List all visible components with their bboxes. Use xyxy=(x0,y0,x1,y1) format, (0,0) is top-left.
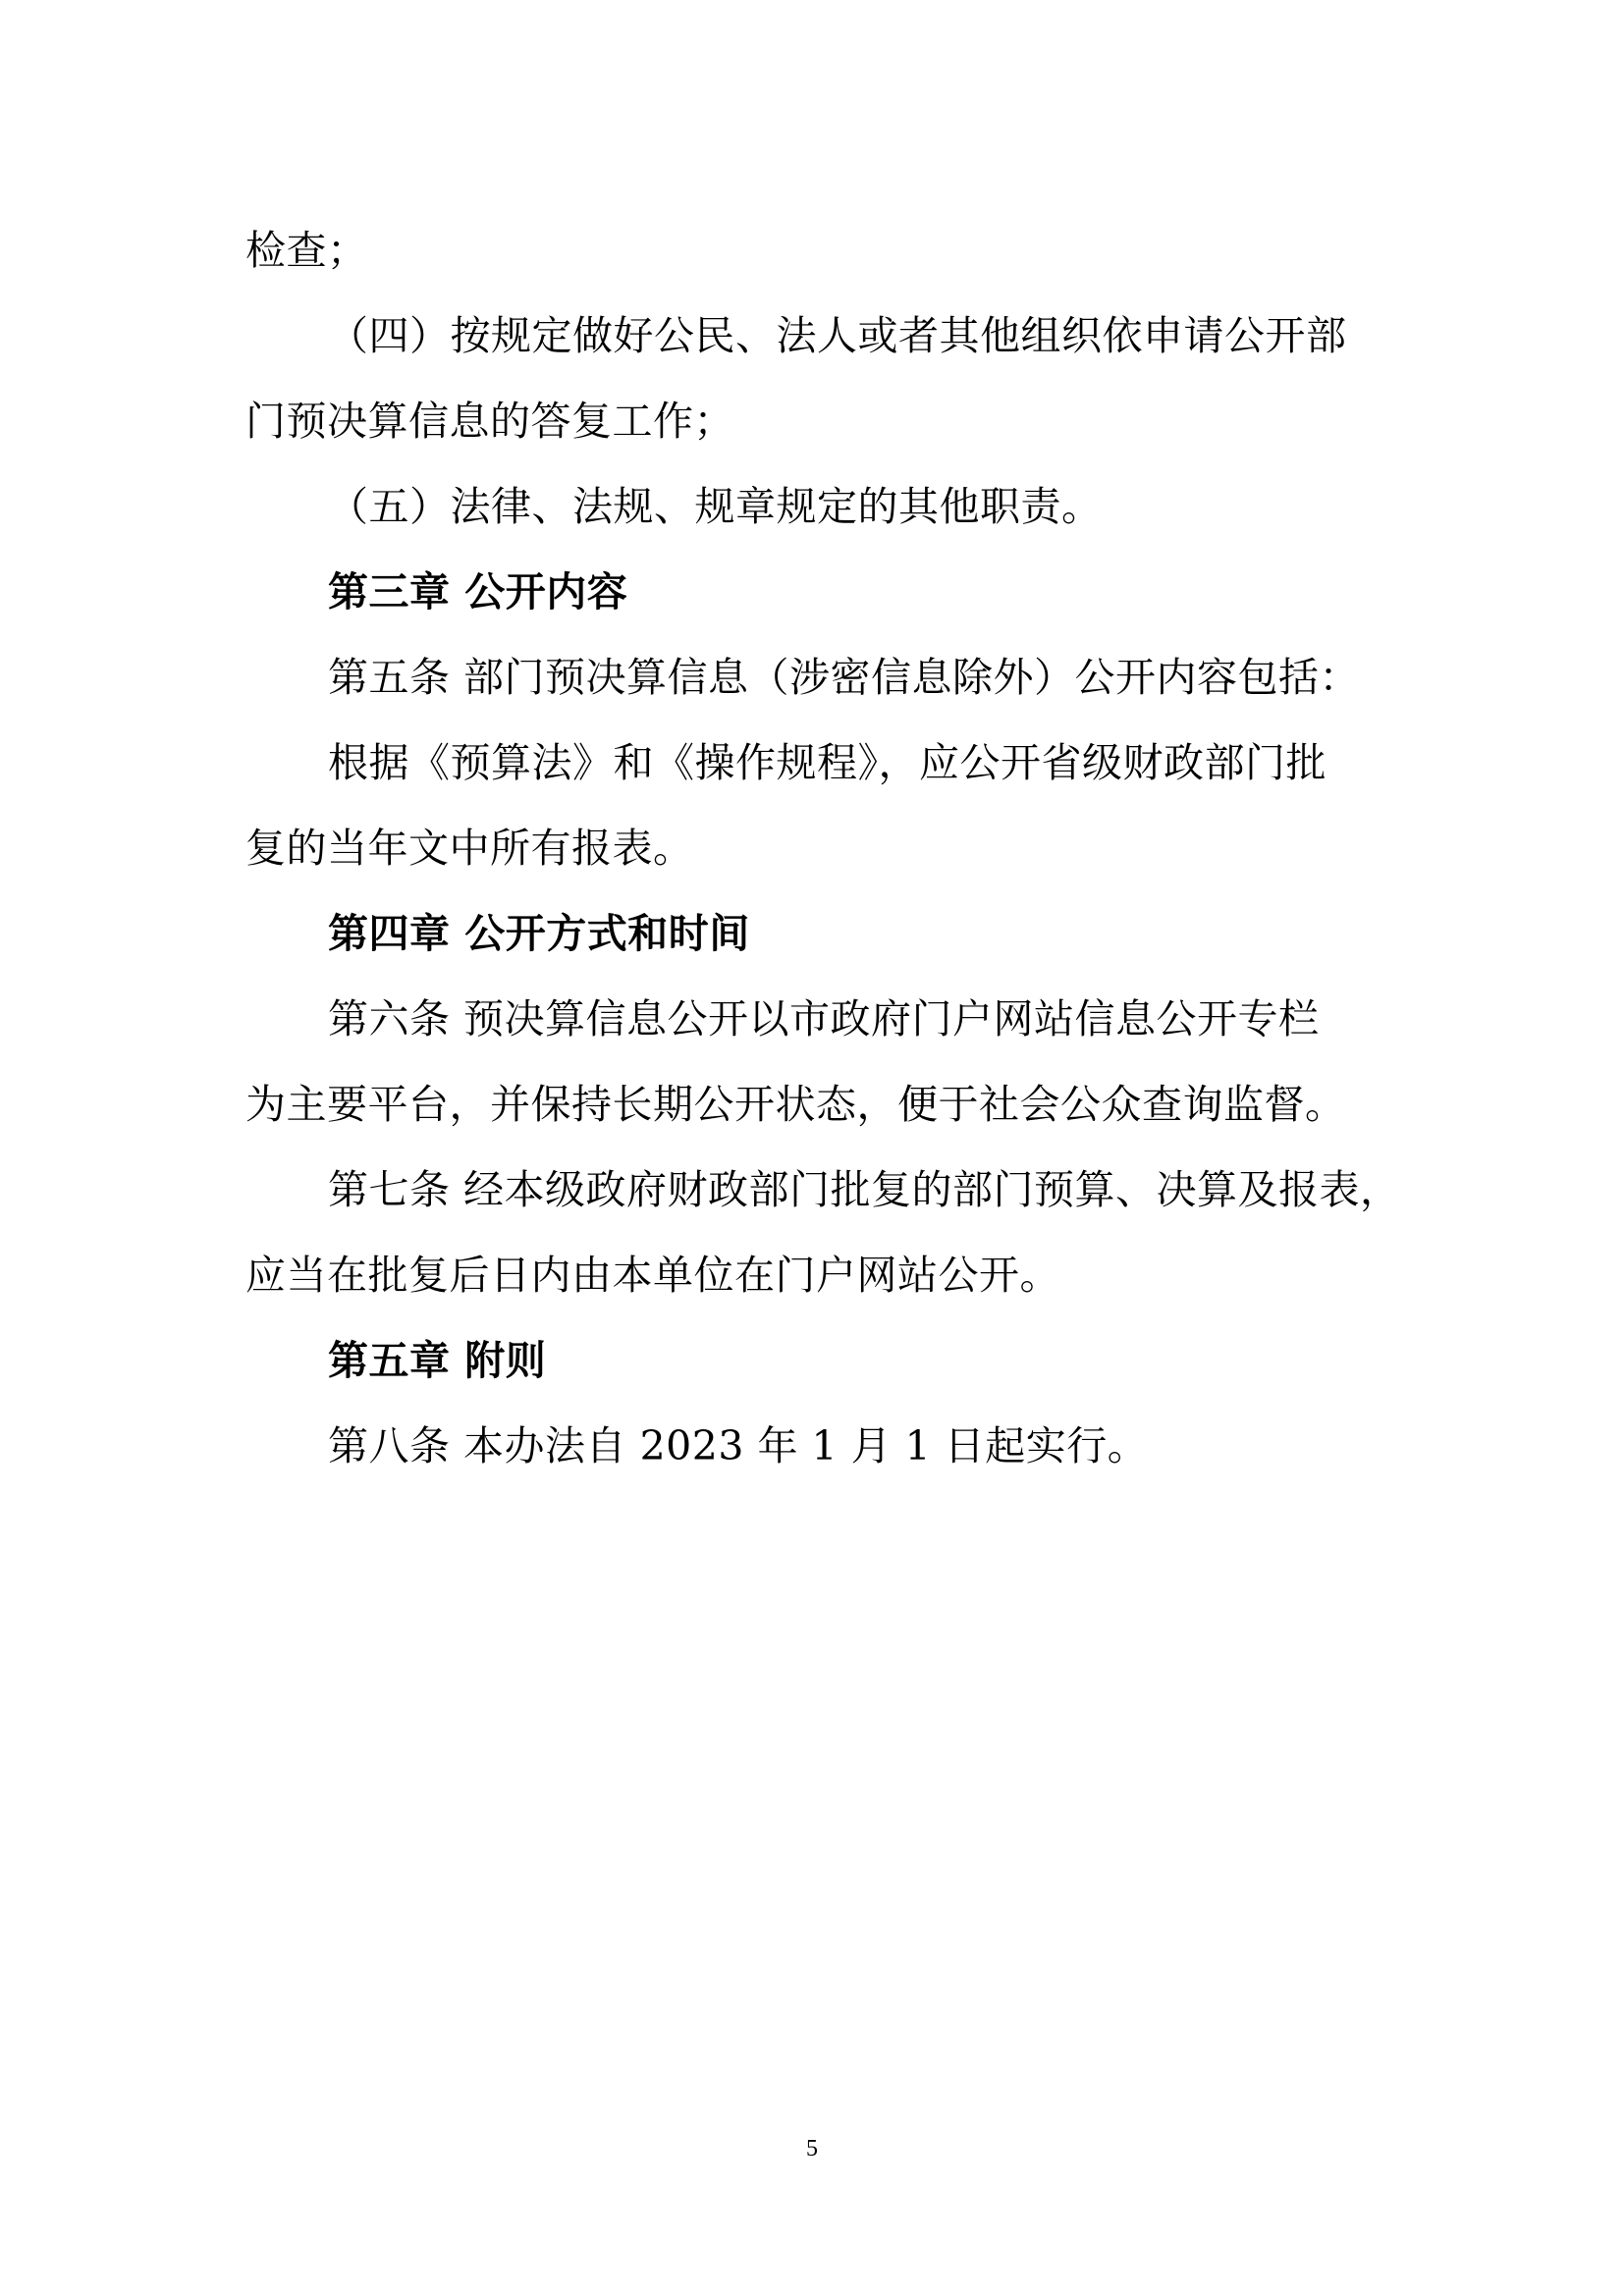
document-body: 检查； （四）按规定做好公民、法人或者其他组织依申请公开部 门预决算信息的答复工… xyxy=(245,208,1384,1489)
list-item-4: （四）按规定做好公民、法人或者其他组织依申请公开部 xyxy=(245,294,1384,379)
text-line-continuation: 应当在批复后日内由本单位在门户网站公开。 xyxy=(245,1233,1384,1318)
chapter-5-heading: 第五章 附则 xyxy=(245,1318,1384,1404)
document-page: 检查； （四）按规定做好公民、法人或者其他组织依申请公开部 门预决算信息的答复工… xyxy=(0,0,1624,2296)
article-5: 第五条 部门预决算信息（涉密信息除外）公开内容包括： xyxy=(245,635,1384,721)
page-number: 5 xyxy=(0,2136,1624,2163)
article-5-paragraph: 根据《预算法》和《操作规程》，应公开省级财政部门批 xyxy=(245,721,1384,806)
text-line-continuation: 为主要平台，并保持长期公开状态，便于社会公众查询监督。 xyxy=(245,1062,1384,1148)
article-7: 第七条 经本级政府财政部门批复的部门预算、决算及报表， xyxy=(245,1148,1384,1233)
chapter-3-heading: 第三章 公开内容 xyxy=(245,550,1384,635)
article-6: 第六条 预决算信息公开以市政府门户网站信息公开专栏 xyxy=(245,977,1384,1062)
text-line-continuation: 复的当年文中所有报表。 xyxy=(245,806,1384,891)
article-8: 第八条 本办法自 2023 年 1 月 1 日起实行。 xyxy=(245,1404,1384,1489)
chapter-4-heading: 第四章 公开方式和时间 xyxy=(245,891,1384,977)
text-line-continuation: 门预决算信息的答复工作； xyxy=(245,379,1384,464)
text-line-continuation: 检查； xyxy=(245,208,1384,294)
list-item-5: （五）法律、法规、规章规定的其他职责。 xyxy=(245,464,1384,550)
